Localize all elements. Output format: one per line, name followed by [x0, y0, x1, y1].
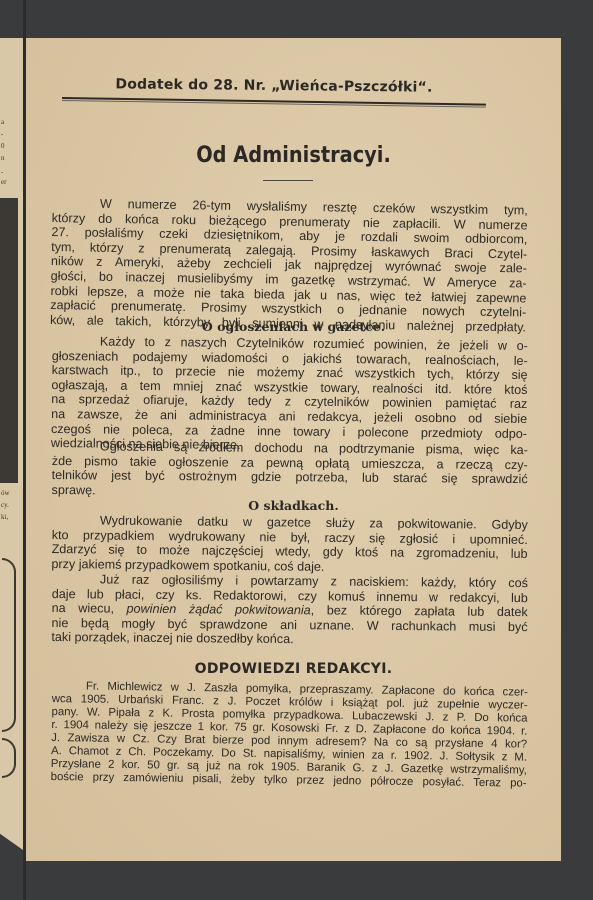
section-heading-contributions: O składkach.: [26, 498, 561, 513]
paragraph-editorial-replies: Fr. Michlewicz w J. Zaszła pomyłka, prze…: [51, 680, 528, 791]
paragraph-contributions-1: Wydrukowanie datku w gazetce służy za po…: [51, 513, 528, 576]
title-divider: [263, 180, 313, 181]
section-heading-advertisements: O ogłoszeniach w gazetce.: [26, 319, 561, 334]
scanned-page: Dodatek do 28. Nr. „Wieńca-Pszczółki“. O…: [26, 38, 561, 861]
adjacent-text-fragment: a: [1, 117, 4, 128]
page-header: Dodatek do 28. Nr. „Wieńca-Pszczółki“.: [62, 76, 486, 96]
adjacent-page-edge: a - 0 n - er ów cy. ki,: [0, 38, 23, 850]
text-fragment: , bez którego zapłata lub datek: [311, 603, 528, 619]
header-rule: [62, 97, 486, 108]
paragraph-advertisements-2: Ogłoszenia są źródłem dochodu na podtrzy…: [51, 439, 527, 502]
adjacent-image-block: [0, 198, 18, 483]
adjacent-ornament-frame: [2, 558, 16, 732]
text-fragment: na wiecu,: [52, 601, 127, 616]
section-heading-editorial-replies: ODPOWIEDZI REDAKCYI.: [26, 661, 561, 677]
paragraph-contributions-2: Już raz ogłosiliśmy i powtarzamy z nacis…: [51, 572, 528, 649]
adjacent-text-fragment: cy.: [1, 500, 9, 511]
adjacent-text-fragment: ki,: [1, 512, 8, 523]
page-title: Od Administracyi.: [58, 143, 529, 168]
adjacent-text-fragment: ów: [1, 488, 10, 499]
adjacent-text-fragment: er: [1, 177, 6, 188]
paragraph-administration: W numerze 26-tym wysłaliśmy resztę czekó…: [50, 196, 528, 335]
paragraph-advertisements-1: Każdy to z naszych Czytelników rozumieć …: [51, 334, 528, 456]
adjacent-text-fragment: n: [1, 153, 5, 164]
italic-emphasis: powinien żądać pokwitowania: [127, 602, 311, 618]
adjacent-ornament-frame: [2, 738, 16, 778]
adjacent-text-fragment: 0: [1, 141, 5, 152]
adjacent-text-fragment: -: [1, 129, 3, 140]
